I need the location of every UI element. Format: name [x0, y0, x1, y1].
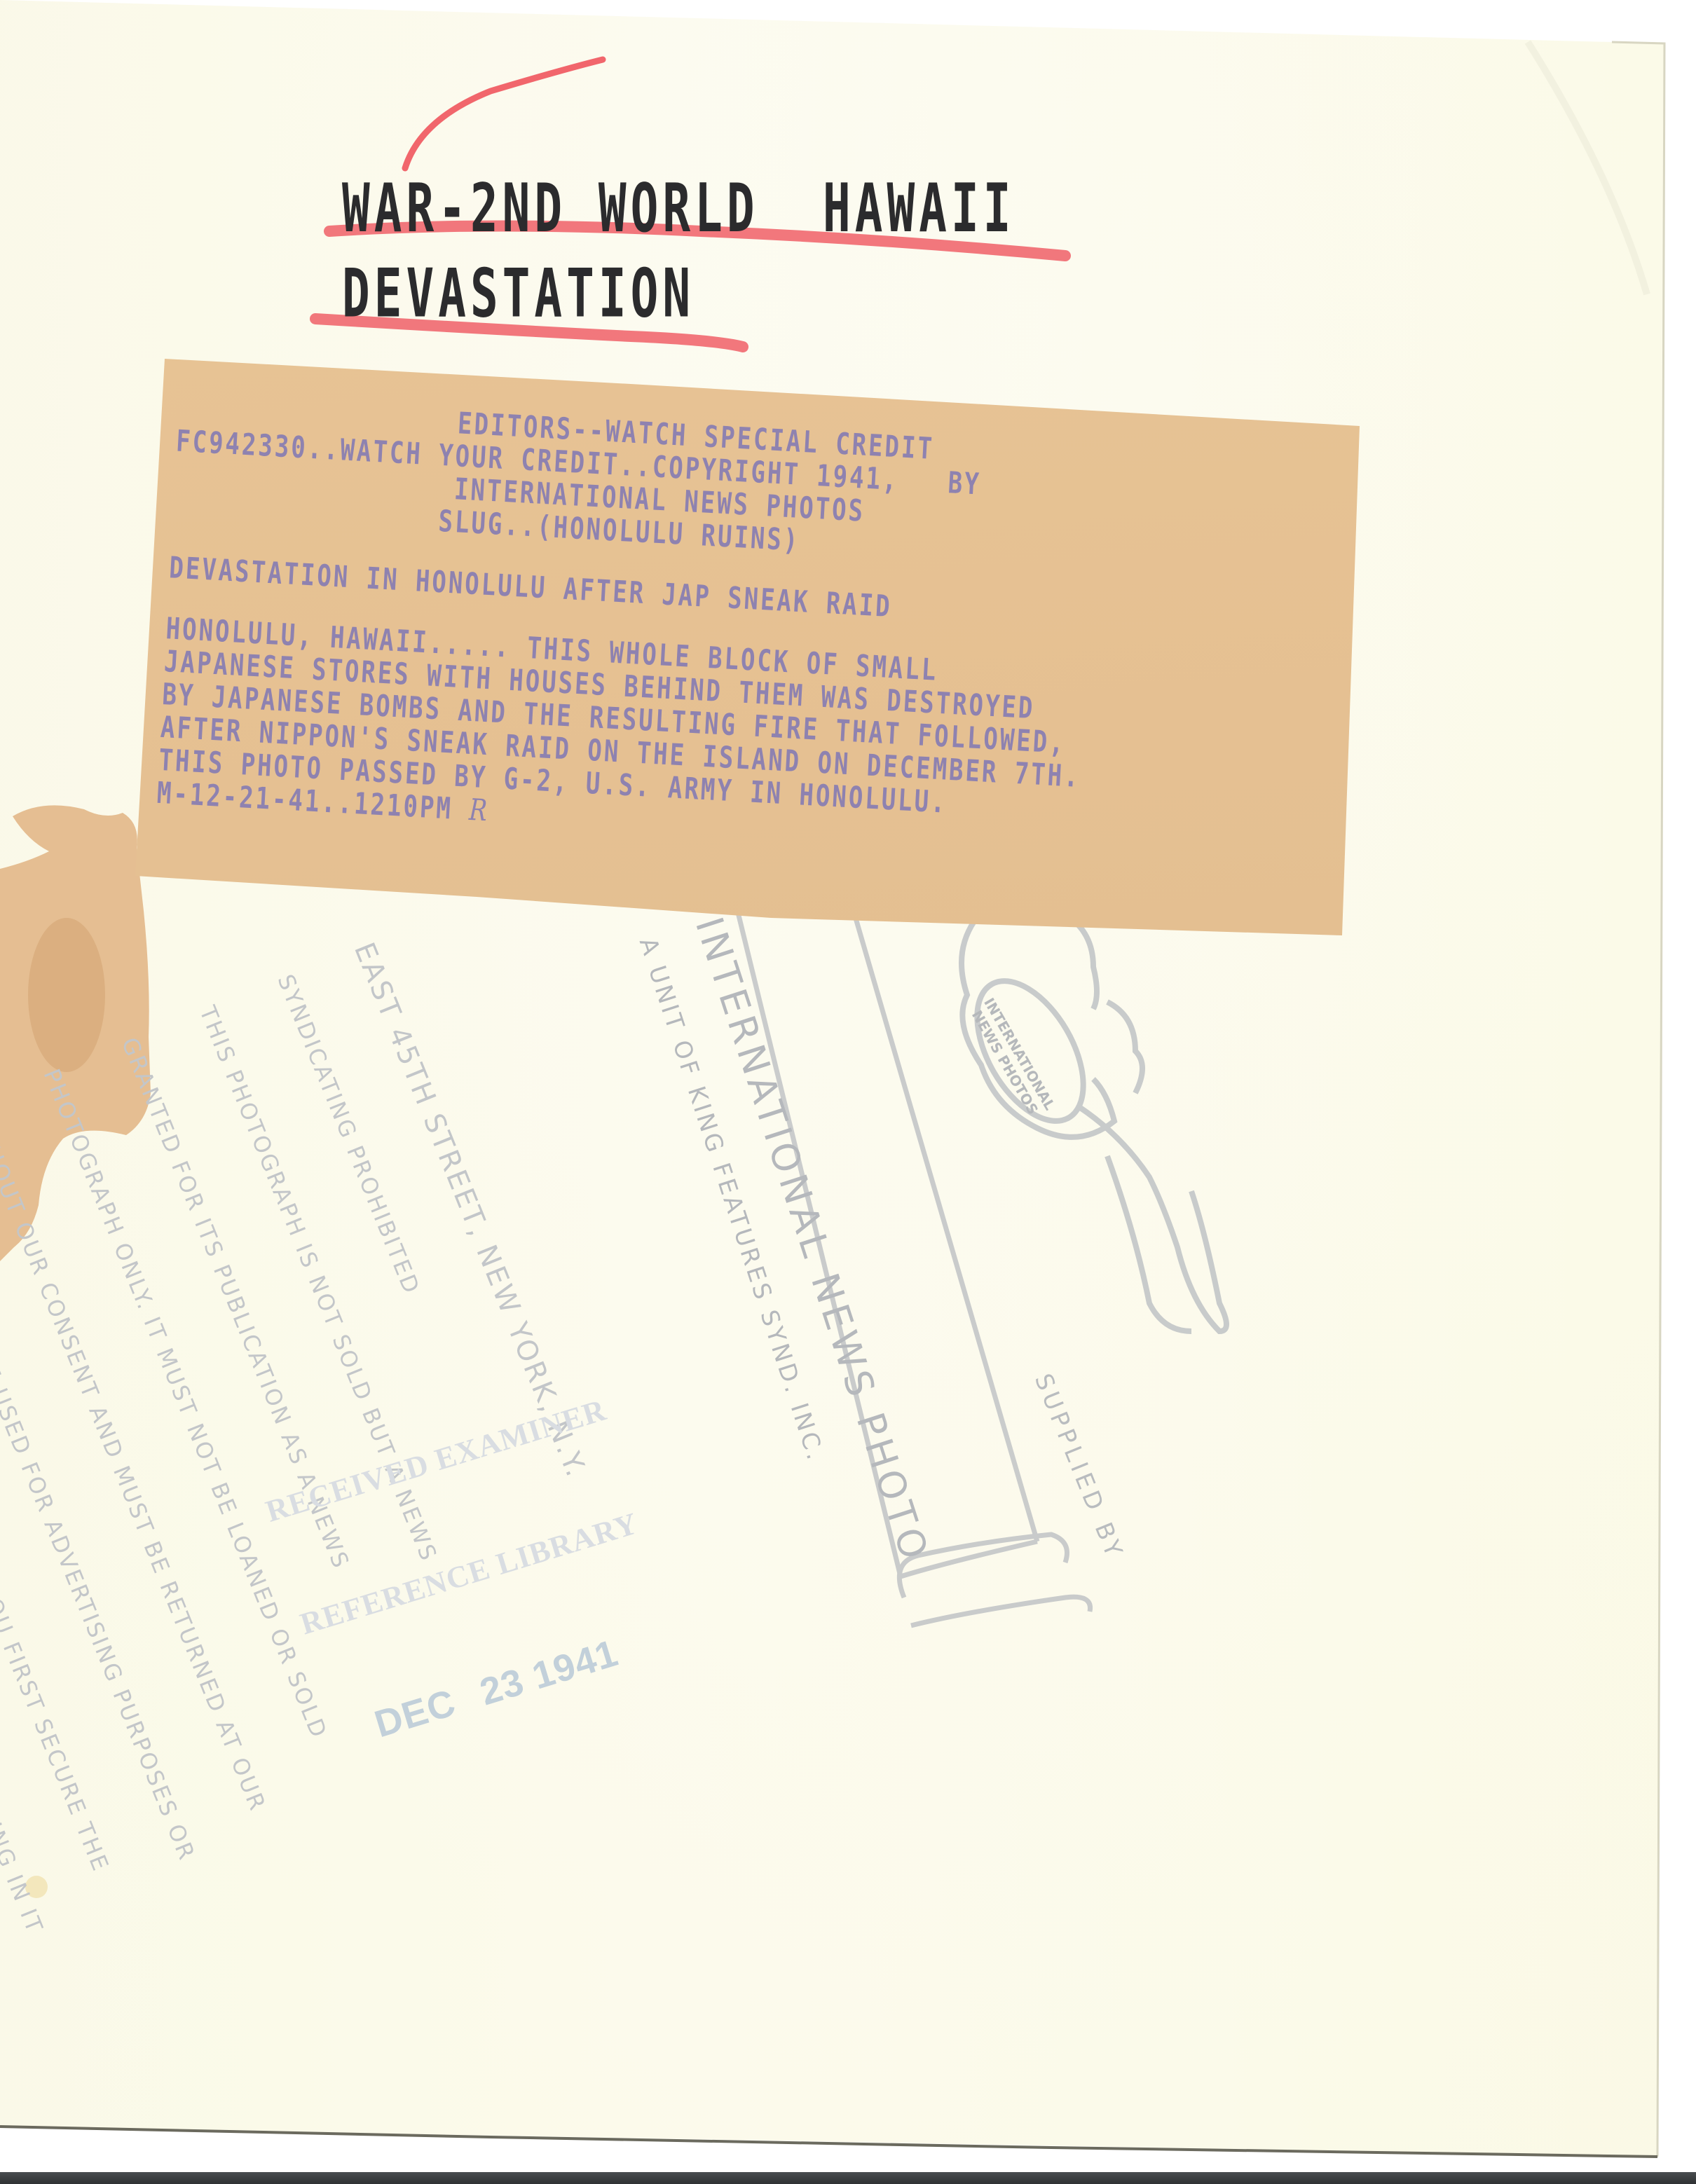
received-month: DEC: [370, 1682, 460, 1746]
received-day-year: 23 1941: [449, 1632, 623, 1722]
scanner-edge: [0, 2172, 1696, 2184]
title-line-2: DEVASTATION: [342, 261, 1015, 328]
title-stamp: WAR-2ND WORLD HAWAII DEVASTATION: [342, 175, 1015, 328]
caption-slip-text: EDITORS--WATCH SPECIAL CREDIT FC942330..…: [156, 392, 1369, 874]
title-line-1: WAR-2ND WORLD HAWAII: [342, 175, 1015, 242]
library-line-1: RECEIVED EXAMINER: [261, 1391, 611, 1532]
handwritten-initial: R: [468, 792, 490, 828]
library-line-2: REFERENCE LIBRARY: [296, 1503, 645, 1644]
